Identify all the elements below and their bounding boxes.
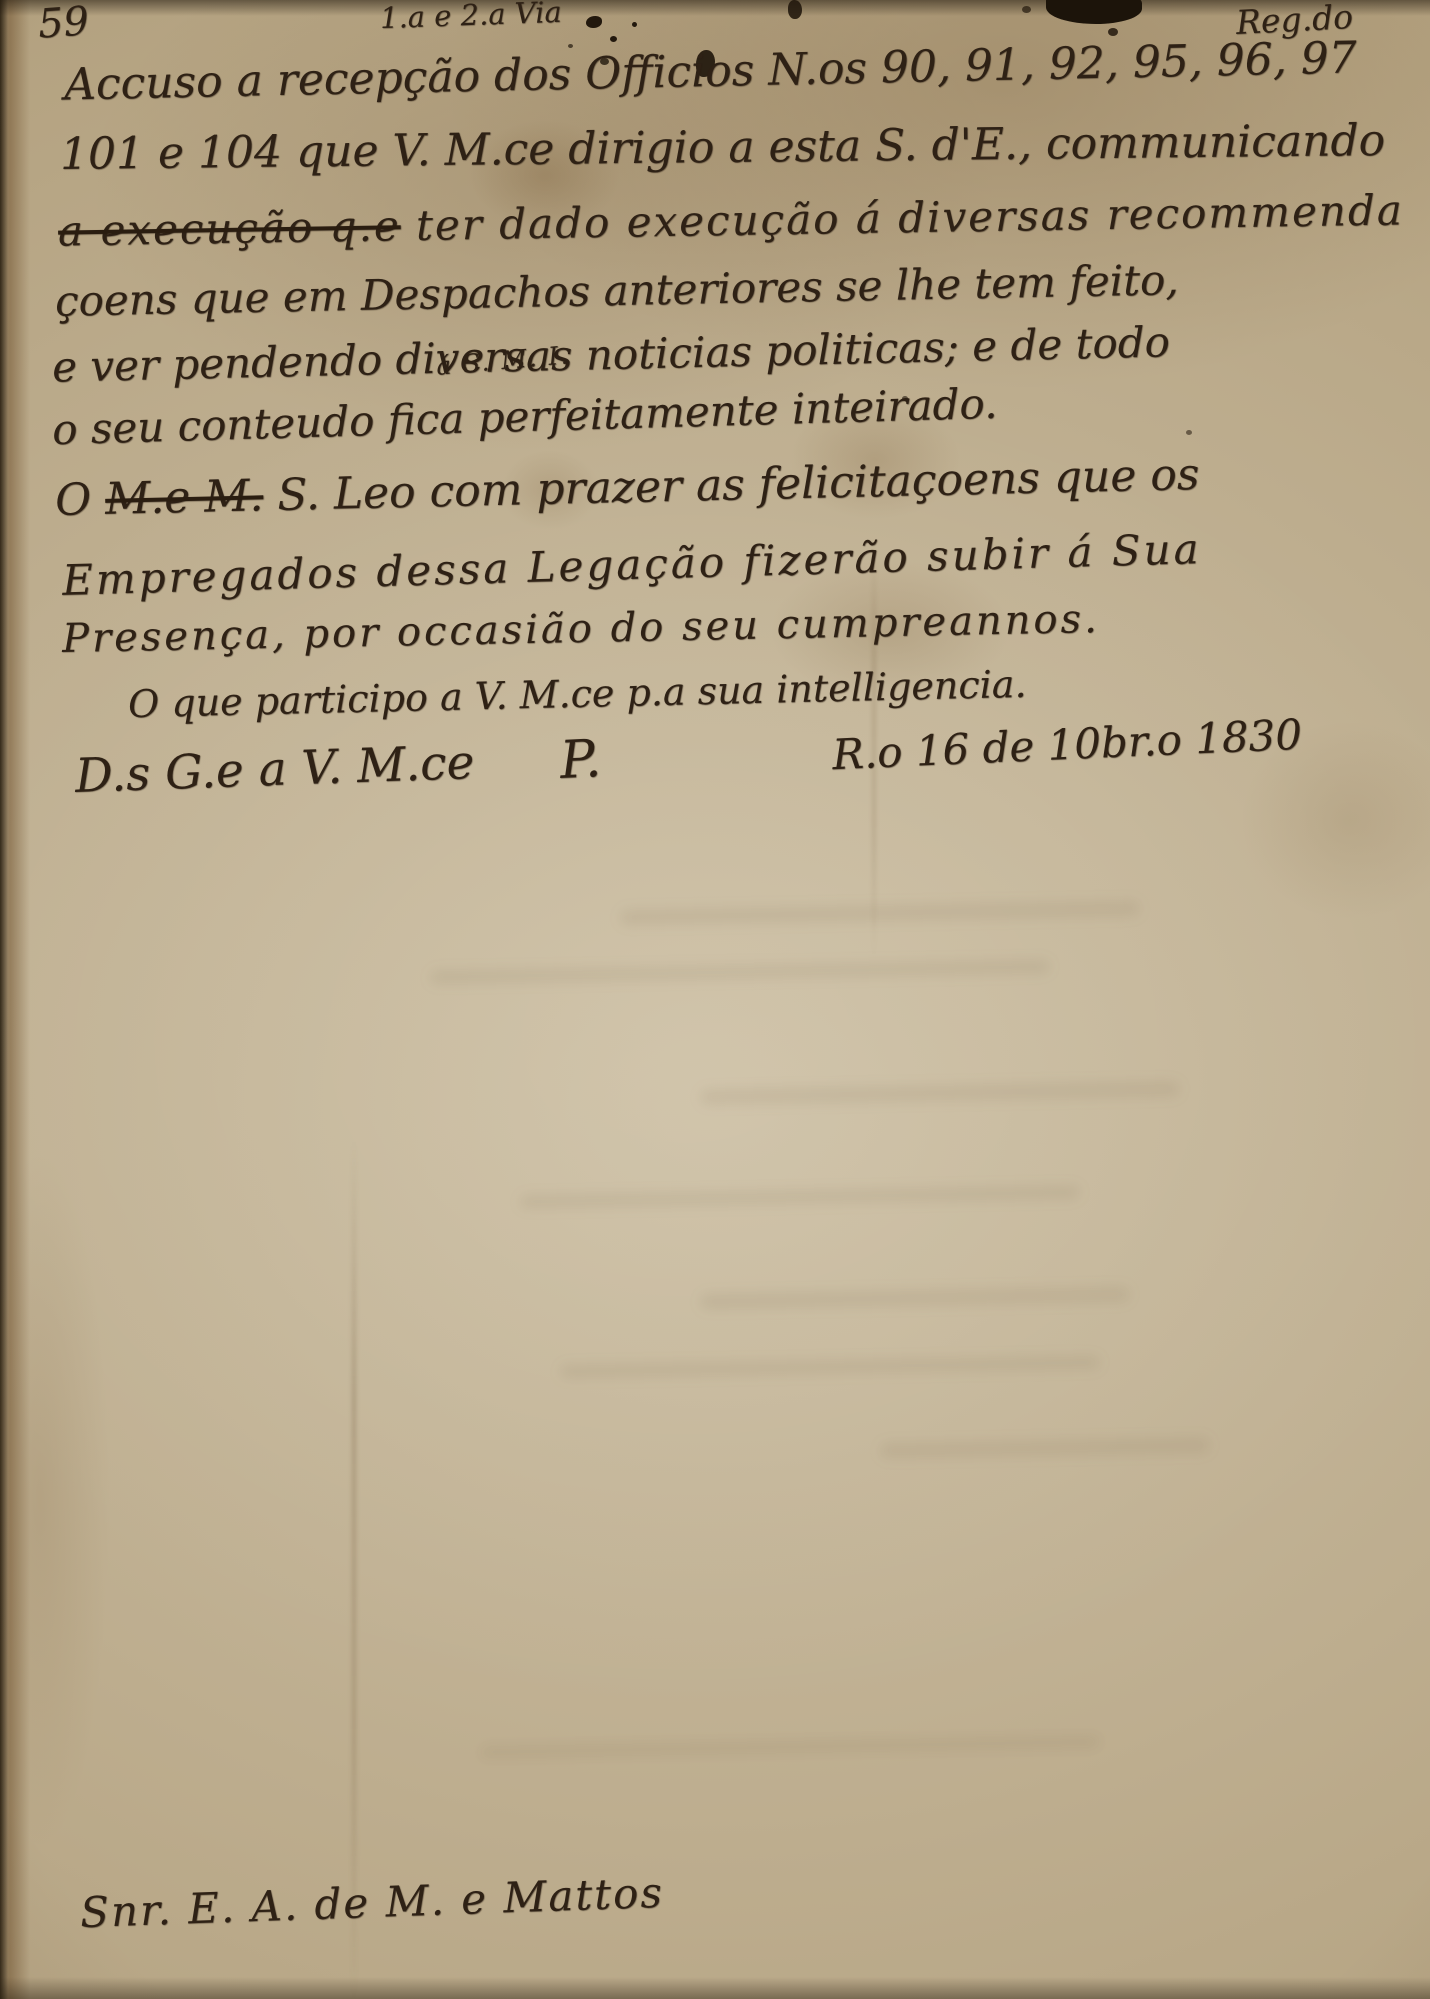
bleed-through-smudge <box>520 1185 1080 1209</box>
manuscript-line-3: a execução q.e ter dado execução á diver… <box>58 185 1404 255</box>
manuscript-page: 59 1.a e 2.a Via Reg.do Accuso a recepçã… <box>0 0 1430 1999</box>
bleed-through-smudge <box>560 1355 1100 1378</box>
bleed-through-smudge <box>880 1437 1210 1459</box>
ink-speck <box>1022 6 1031 13</box>
ink-blot <box>788 0 802 19</box>
place-and-date: R.o 16 de 10br.o 1830 <box>831 710 1303 779</box>
manuscript-line-2: 101 e 104 que V. M.ce dirigio a esta S. … <box>60 115 1386 180</box>
manuscript-line-10: O que participo a V. M.ce p.a sua intell… <box>128 662 1027 726</box>
addressee-line: Snr. E. A. de M. e Mattos <box>79 1868 664 1937</box>
bleed-through-smudge <box>700 1081 1180 1105</box>
ink-speck <box>568 44 573 48</box>
flourish-initial: P. <box>558 729 602 791</box>
top-edge-shadow <box>0 0 1430 16</box>
valediction: D.s G.e a V. M.ce <box>74 735 475 804</box>
crossed-out-text: M.e M. <box>105 470 264 525</box>
bleed-through-smudge <box>620 900 1140 925</box>
manuscript-line-9: Presença, por occasião do seu cumpreanno… <box>62 596 1101 662</box>
ink-blot <box>1046 0 1142 24</box>
book-binding-dark-edge <box>0 0 8 1999</box>
manuscript-line-7: O M.e M. S. Leo com prazer as felicitaço… <box>55 449 1200 526</box>
page-number: 59 <box>36 0 90 48</box>
ink-speck <box>632 22 637 27</box>
crossed-out-text: a execução q.e <box>58 201 401 255</box>
manuscript-line-6: o seu conteudo fica perfeitamente inteir… <box>52 379 998 454</box>
bleed-through-smudge <box>480 1735 1100 1760</box>
manuscript-line-1: Accuso a recepção dos Officios N.os 90, … <box>64 32 1358 110</box>
manuscript-line-5: e ver pendendo diversas noticias politic… <box>52 317 1171 391</box>
copies-annotation: 1.a e 2.a Via <box>379 0 562 35</box>
bottom-edge-shadow <box>0 1977 1430 1999</box>
paper-fold <box>352 1140 356 1999</box>
bleed-through-smudge <box>430 960 1050 985</box>
ink-speck <box>1186 430 1192 435</box>
manuscript-line-4: çoens que em Despachos anteriores se lhe… <box>55 255 1179 326</box>
ink-blot <box>586 16 602 28</box>
manuscript-line-8: Empregados dessa Legação fizerão subir á… <box>62 524 1203 605</box>
ink-speck <box>1108 28 1118 36</box>
bleed-through-smudge <box>700 1286 1130 1310</box>
ink-speck <box>610 36 617 42</box>
